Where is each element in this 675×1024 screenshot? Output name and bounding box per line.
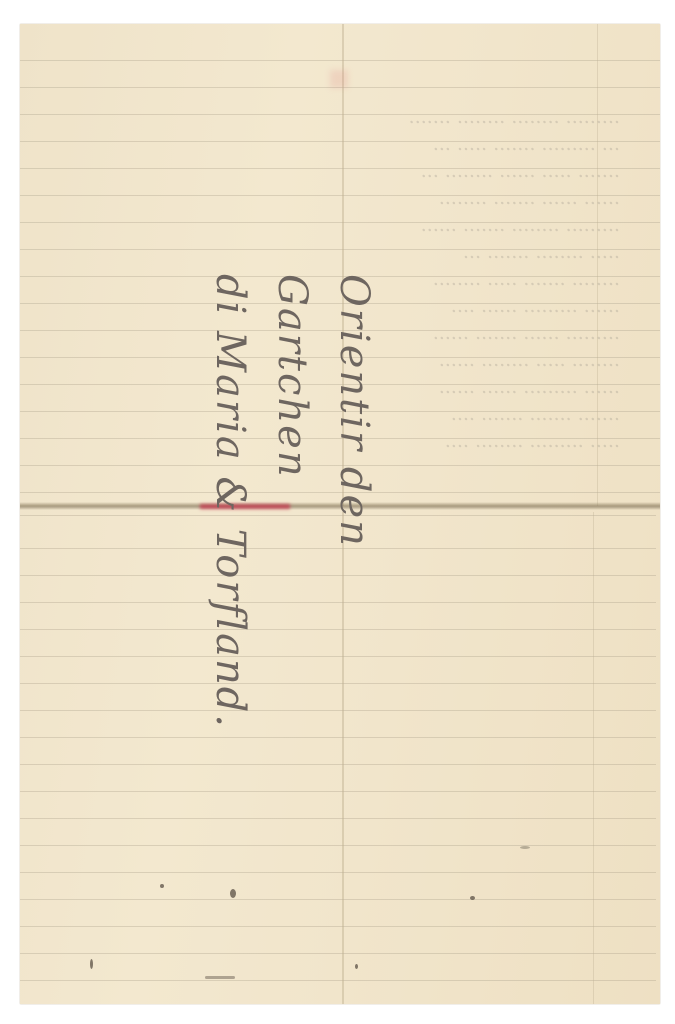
ink-spot [230, 889, 236, 898]
ink-spot [520, 846, 530, 849]
handwriting-line-1: Orientir den Gartchen [261, 274, 385, 734]
ink-spot [355, 964, 358, 969]
faded-red-mark [330, 70, 348, 88]
ink-spot [205, 976, 235, 979]
letter-sheet: ......... ........ ........ ....... ... … [20, 24, 660, 1004]
handwriting-line-2: di Maria & Torfland. [199, 274, 261, 734]
handwritten-inscription: Orientir den Gartchen di Maria & Torflan… [245, 274, 385, 734]
ink-spot [160, 884, 164, 888]
ink-spot [470, 896, 475, 900]
ink-spot [90, 959, 93, 969]
